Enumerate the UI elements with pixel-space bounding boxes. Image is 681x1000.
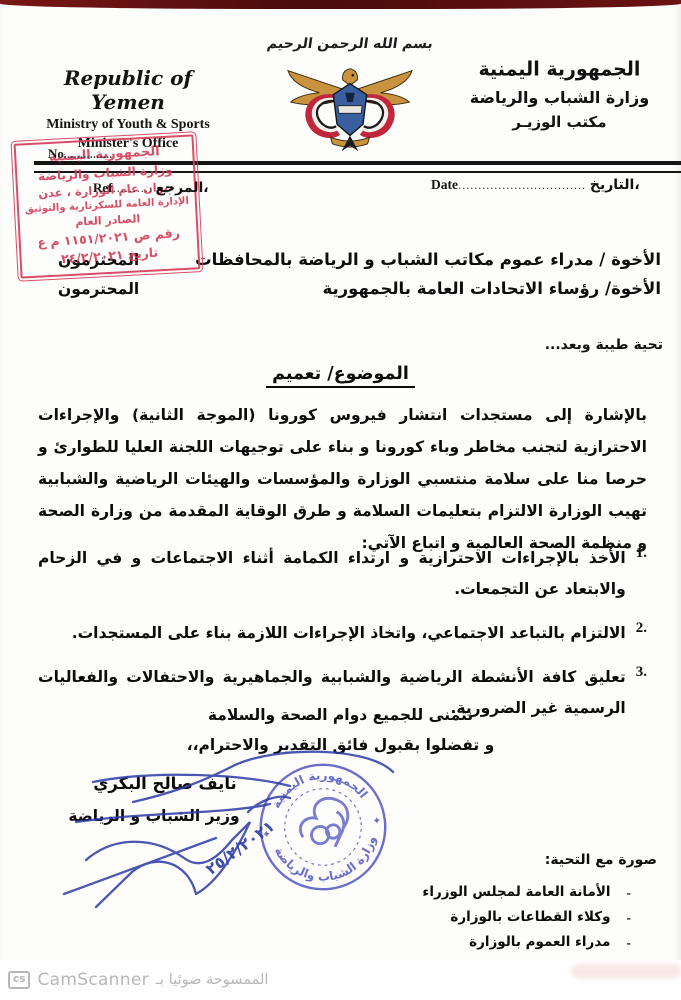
cc-dash-bullet: - (627, 880, 632, 905)
camscanner-logo-icon: cs (8, 971, 30, 989)
list-item-number: 1. (636, 543, 647, 605)
date-label-ar: التاريخ، (590, 177, 640, 193)
office-name-ar: مكتب الوزيـر (452, 113, 667, 131)
cc-title: صورة مع التحية: (407, 852, 657, 868)
list-item: 2. الالتزام بالتباعد الاجتماعي، واتخاذ ا… (38, 618, 647, 649)
list-item-text: الأخذ بالإجراءات الاحترازية و ارتداء الك… (38, 543, 626, 605)
ref-leader-dots: .......... (113, 182, 153, 195)
cc-item-text: وكلاء القطاعات بالوزارة (450, 905, 610, 930)
ministry-name-ar: وزارة الشباب والرياضة (452, 88, 667, 107)
list-item: 1. الأخذ بالإجراءات الاحترازية و ارتداء … (38, 543, 647, 605)
date-label-en: Date (431, 177, 458, 193)
letter-body-paragraph: بالإشارة إلى مستجدات انتشار فيروس كورونا… (38, 399, 647, 559)
list-item-number: 3. (636, 662, 647, 724)
reference-field: Ref .......... المرجع، (93, 180, 209, 196)
letter-page: Republic of Yemen Ministry of Youth & Sp… (0, 0, 681, 1000)
ref-label-en: Ref (93, 180, 113, 196)
number-label: No (48, 146, 64, 161)
closing-line: نتمنى للجميع دوام الصحة والسلامة (60, 700, 621, 730)
cc-dash-bullet: - (627, 905, 632, 930)
subject-text: الموضوع/ تعميم (266, 364, 415, 388)
list-item-text: الالتزام بالتباعد الاجتماعي، واتخاذ الإج… (38, 618, 626, 649)
scan-footer: cs CamScanner الممسوحة ضوئيا بـ (0, 960, 681, 1000)
recipient-honorific: المحترمون (58, 280, 139, 298)
camscanner-name: CamScanner (37, 970, 148, 990)
subject-line: الموضوع/ تعميم (0, 364, 681, 384)
header-arabic: الجمهورية اليمنية وزارة الشباب والرياضة … (452, 58, 667, 131)
handwritten-signature-icon (38, 742, 418, 917)
number-leader-dots: ............... (64, 149, 113, 161)
list-item-number: 2. (636, 618, 647, 649)
number-field: No............... (48, 146, 168, 162)
scanned-with-label: الممسوحة ضوئيا بـ (156, 972, 269, 988)
recipient-name: الأخوة / مدراء عموم مكاتب الشباب و الريا… (195, 250, 661, 269)
recipient-row: الأخوة/ رؤساء الاتحادات العامة بالجمهوري… (58, 279, 661, 298)
recipient-name: الأخوة/ رؤساء الاتحادات العامة بالجمهوري… (322, 279, 661, 298)
date-field: Date ................................ ال… (431, 177, 663, 193)
cc-item: - الأمانة العامة لمجلس الوزراء (407, 880, 657, 905)
cc-item: - مدراء العموم بالوزارة (407, 930, 657, 955)
cc-item-text: الأمانة العامة لمجلس الوزراء (422, 880, 610, 905)
date-leader-dots: ................................ (458, 179, 586, 192)
header-center: بسم الله الرحمن الرحيم (262, 36, 438, 158)
scan-top-band (0, 0, 681, 9)
cc-item: - وكلاء القطاعات بالوزارة (407, 905, 657, 930)
ministry-name-en: Ministry of Youth & Sports (24, 117, 232, 133)
cc-item-text: مدراء العموم بالوزارة (469, 930, 610, 955)
camscanner-watermark: cs CamScanner الممسوحة ضوئيا بـ (8, 970, 268, 990)
greeting-line: تحية طيبة وبعد... (545, 337, 663, 353)
country-name-ar: الجمهورية اليمنية (452, 57, 667, 80)
cc-dash-bullet: - (627, 930, 632, 955)
scan-smudge-artifact (571, 964, 681, 978)
ref-label-ar: المرجع، (155, 180, 208, 196)
yemen-national-emblem-icon (275, 52, 425, 154)
basmala-calligraphy: بسم الله الرحمن الرحيم (261, 36, 439, 52)
country-name-en: Republic of Yemen (24, 66, 232, 114)
